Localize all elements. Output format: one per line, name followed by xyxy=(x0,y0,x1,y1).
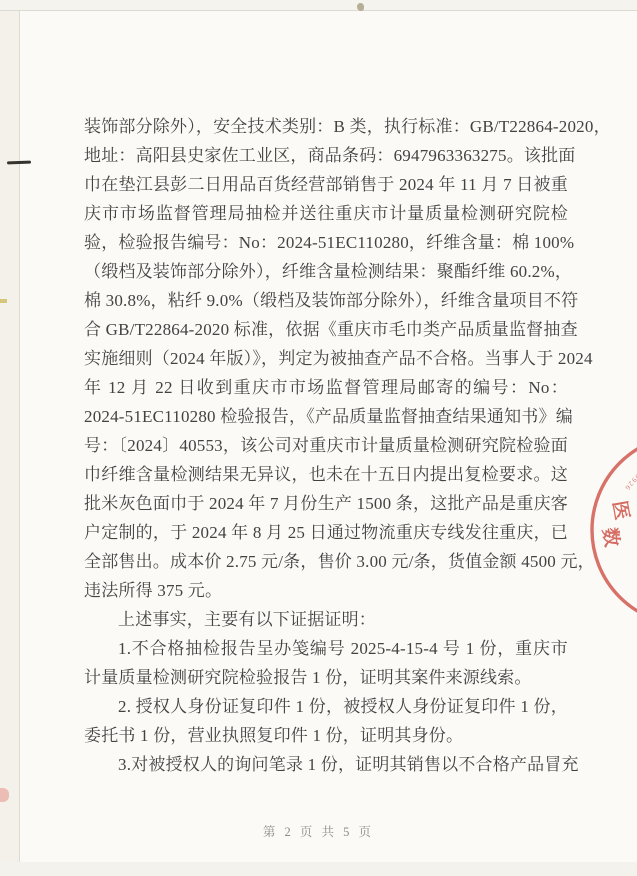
seal-center-glyph-2: 数 xyxy=(598,526,624,549)
text-line: 户定制的，于 2024 年 8 月 25 日通过物流重庆专线发往重庆，已 xyxy=(84,518,568,547)
text-line: 2024-51EC110280 检验报告，《产品质量监督抽查结果通知书》编 xyxy=(84,402,568,431)
text-line: 装饰部分除外），安全技术类别：B 类，执行标准：GB/T22864-2020， xyxy=(84,112,568,141)
official-seal-partial: ·0109926 医 数 xyxy=(577,430,637,630)
text-line: 号：〔2024〕40553，该公司对重庆市计量质量检测研究院检验面 xyxy=(84,431,568,460)
scanned-document-page: 装饰部分除外），安全技术类别：B 类，执行标准：GB/T22864-2020， … xyxy=(0,0,637,876)
text-line: 批米灰色面巾于 2024 年 7 月份生产 1500 条，这批产品是重庆客 xyxy=(84,489,568,518)
text-line: 委托书 1 份，营业执照复印件 1 份，证明其身份。 xyxy=(84,721,568,750)
text-line: 违法所得 375 元。 xyxy=(84,576,568,605)
text-line: （缎档及装饰部分除外），纤维含量检测结果：聚酯纤维 60.2%， xyxy=(84,257,568,286)
text-line: 棉 30.8%，粘纤 9.0%（缎档及装饰部分除外），纤维含量项目不符 xyxy=(84,286,568,315)
seal-serial-digits: ·0109926 xyxy=(623,461,637,492)
text-line: 巾纤维含量检测结果无异议，也未在十五日内提出复检要求。这 xyxy=(84,460,568,489)
seal-center-glyph-1: 医 xyxy=(608,499,633,522)
text-line: 巾在垫江县彭二日用品百货经营部销售于 2024 年 11 月 7 日被重 xyxy=(84,170,568,199)
text-line: 验，检验报告编号：No：2024-51EC110280，纤维含量：棉 100% xyxy=(84,228,568,257)
text-line: 庆市市场监督管理局抽检并送往重庆市计量质量检测研究院检 xyxy=(84,199,568,228)
scan-edge-left xyxy=(0,0,20,876)
text-line: 全部售出。成本价 2.75 元/条，售价 3.00 元/条，货值金额 4500 … xyxy=(84,547,568,576)
text-line: 上述事实，主要有以下证据证明： xyxy=(84,605,568,634)
page-number: 第 2 页 共 5 页 xyxy=(0,822,637,840)
document-body: 装饰部分除外），安全技术类别：B 类，执行标准：GB/T22864-2020， … xyxy=(84,112,568,779)
scan-edge-bottom xyxy=(0,862,637,876)
text-line: 年 12 月 22 日收到重庆市市场监督管理局邮寄的编号：No： xyxy=(84,373,568,402)
scan-artifact-top-speck xyxy=(357,3,364,11)
scan-artifact-yellow-dash xyxy=(0,299,7,303)
text-line: 计量质量检测研究院检验报告 1 份，证明其案件来源线索。 xyxy=(84,663,568,692)
text-line: 1.不合格抽检报告呈办笺编号 2025-4-15-4 号 1 份，重庆市 xyxy=(84,634,568,663)
text-line: 3.对被授权人的询问笔录 1 份，证明其销售以不合格产品冒充 xyxy=(84,750,568,779)
text-line: 合 GB/T22864-2020 标准，依据《重庆市毛巾类产品质量监督抽查 xyxy=(84,315,568,344)
text-line: 地址：高阳县史家佐工业区，商品条码：6947963363275。该批面 xyxy=(84,141,568,170)
text-line: 2. 授权人身份证复印件 1 份，被授权人身份证复印件 1 份， xyxy=(84,692,568,721)
text-line: 实施细则（2024 年版）》，判定为被抽查产品不合格。当事人于 2024 xyxy=(84,344,568,373)
scan-edge-top xyxy=(0,0,637,11)
scan-artifact-black-dash xyxy=(7,161,31,165)
